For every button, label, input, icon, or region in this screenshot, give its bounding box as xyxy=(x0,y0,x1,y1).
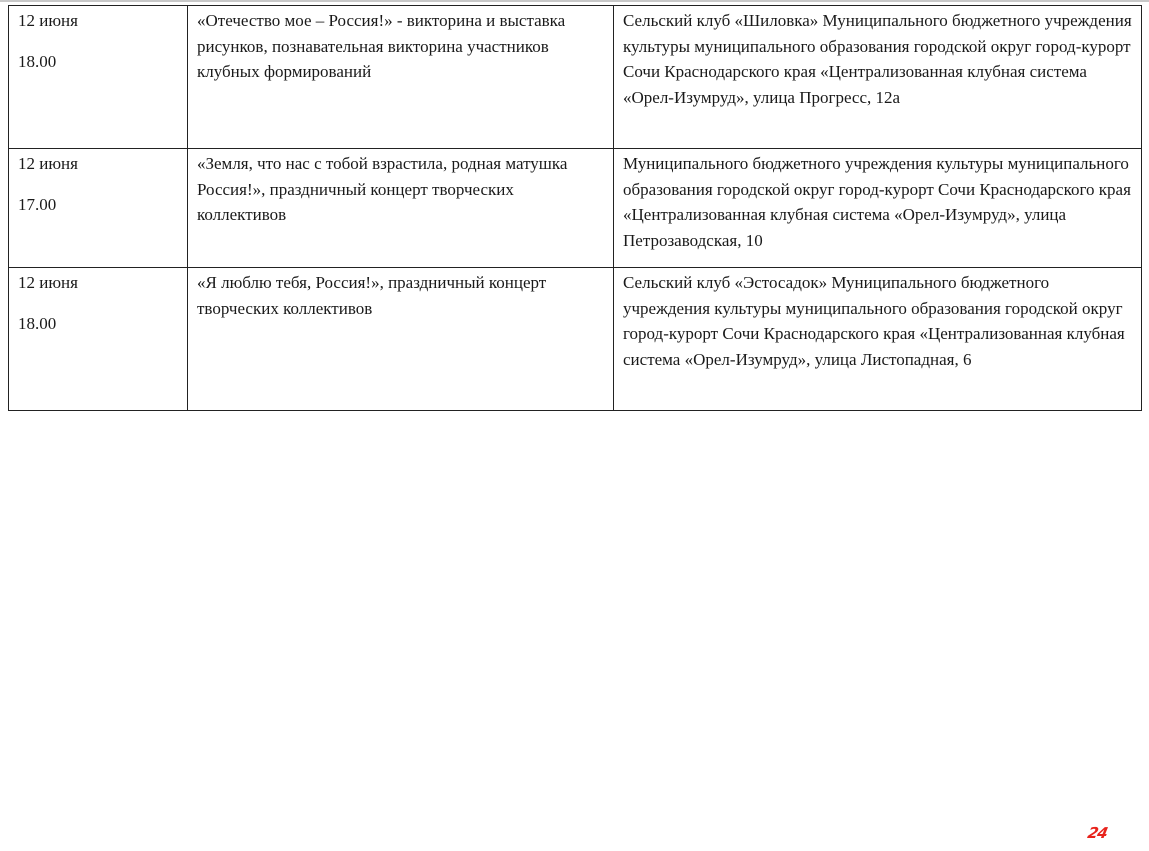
events-table: 12 июня 18.00 «Отечество мое – Россия!» … xyxy=(8,5,1142,411)
date-time-cell: 12 июня 18.00 xyxy=(9,268,188,411)
event-time: 18.00 xyxy=(18,311,179,337)
table-row: 12 июня 18.00 «Я люблю тебя, Россия!», п… xyxy=(9,268,1142,411)
event-date: 12 июня xyxy=(18,8,179,34)
event-time: 17.00 xyxy=(18,192,179,218)
table-row: 12 июня 18.00 «Отечество мое – Россия!» … xyxy=(9,6,1142,149)
event-title-cell: «Земля, что нас с тобой взрастила, родна… xyxy=(188,149,614,268)
event-time: 18.00 xyxy=(18,49,179,75)
watermark-logo: 24 xyxy=(1086,824,1109,842)
event-date: 12 июня xyxy=(18,151,179,177)
date-time-cell: 12 июня 17.00 xyxy=(9,149,188,268)
event-venue-cell: Сельский клуб «Шиловка» Муниципального б… xyxy=(614,6,1142,149)
event-title-cell: «Я люблю тебя, Россия!», праздничный кон… xyxy=(188,268,614,411)
page-top-border xyxy=(0,0,1149,2)
table-row: 12 июня 17.00 «Земля, что нас с тобой вз… xyxy=(9,149,1142,268)
date-time-cell: 12 июня 18.00 xyxy=(9,6,188,149)
event-venue-cell: Муниципального бюджетного учреждения кул… xyxy=(614,149,1142,268)
event-venue-cell: Сельский клуб «Эстосадок» Муниципального… xyxy=(614,268,1142,411)
event-title-cell: «Отечество мое – Россия!» - викторина и … xyxy=(188,6,614,149)
event-date: 12 июня xyxy=(18,270,179,296)
